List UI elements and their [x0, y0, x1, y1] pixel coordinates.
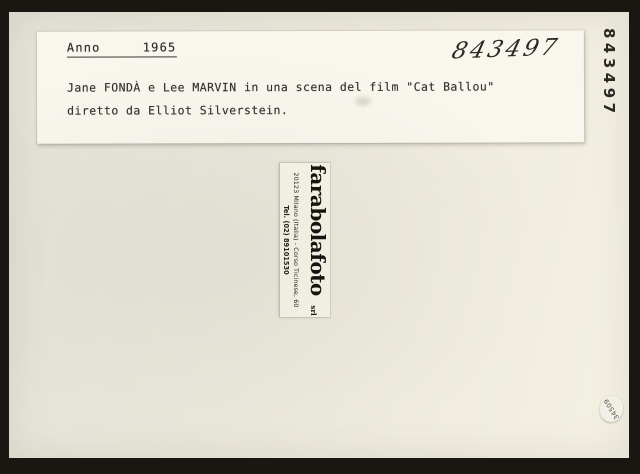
corner-sticker-number: 34509 [602, 397, 621, 421]
photo-back-card: Anno 1965 843497 Jane FONDÀ e Lee MARVIN… [9, 12, 629, 458]
stamp-phone: Tel. (02) 89101530 [283, 163, 291, 317]
side-archive-number: 843497 [600, 28, 618, 118]
stamp-agency-name: farabolafoto [306, 164, 330, 295]
smudge-mark [355, 97, 371, 106]
agency-stamp-label: farabolafoto srl 20123 Milano (Italia) -… [280, 163, 330, 317]
caption-line-2: diretto da Elliot Silverstein. [67, 103, 288, 118]
stamp-legal-suffix: srl [309, 305, 318, 315]
stamp-address: 20123 Milano (Italia) - Corso Ticinese, … [292, 163, 300, 317]
anno-year-line: Anno 1965 [67, 40, 177, 57]
stamp-name-row: farabolafoto srl [302, 163, 329, 317]
caption-line-1: Jane FONDÀ e Lee MARVIN in una scena del… [67, 80, 495, 95]
photo-frame: Anno 1965 843497 Jane FONDÀ e Lee MARVIN… [0, 0, 640, 474]
handwritten-archive-number: 843497 [449, 35, 562, 65]
corner-sticker: 34509 [599, 395, 625, 423]
agency-stamp: farabolafoto srl 20123 Milano (Italia) -… [280, 163, 330, 317]
caption-label: Anno 1965 843497 Jane FONDÀ e Lee MARVIN… [37, 30, 584, 143]
